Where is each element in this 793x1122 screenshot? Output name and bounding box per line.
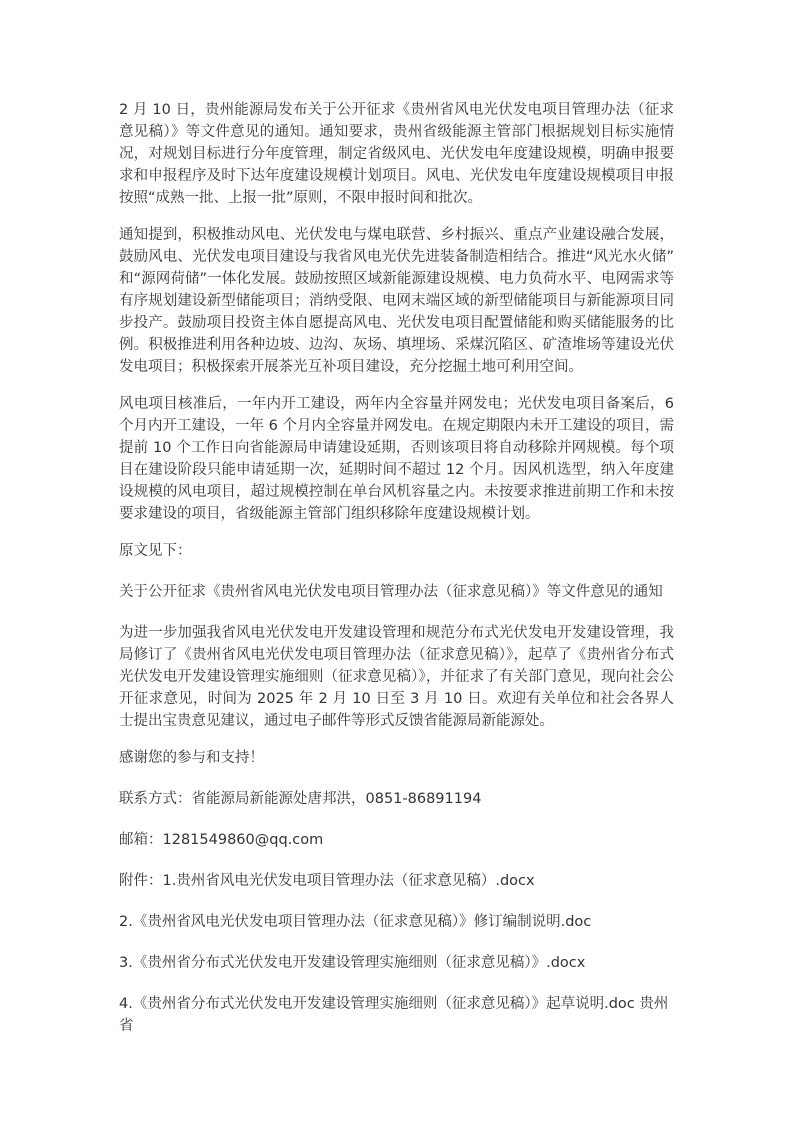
attachment-1: 附件：1.贵州省风电光伏发电项目管理办法（征求意见稿）.docx [119,870,674,892]
deadline-rules-paragraph: 风电项目核准后，一年内开工建设，两年内全容量并网发电；光伏发电项目备案后，6 个… [119,393,674,525]
solicitation-paragraph: 为进一步加强我省风电光伏发电开发建设管理和规范分布式光伏发电开发建设管理，我局修… [119,622,674,732]
contact-line: 联系方式：省能源局新能源处唐邦洪，0851-86891194 [119,788,674,810]
intro-paragraph: 2 月 10 日，贵州能源局发布关于公开征求《贵州省风电光伏发电项目管理办法（征… [119,99,674,209]
attachment-2: 2.《贵州省风电光伏发电项目管理办法（征求意见稿）》修订编制说明.doc [119,911,674,933]
email-line: 邮箱：1281549860@qq.com [119,829,674,851]
notice-title: 关于公开征求《贵州省风电光伏发电项目管理办法（征求意见稿）》等文件意见的通知 [119,581,674,603]
thanks-line: 感谢您的参与和支持！ [119,747,674,769]
attachment-4: 4.《贵州省分布式光伏发电开发建设管理实施细则（征求意见稿）》起草说明.doc … [119,993,674,1037]
original-text-label: 原文见下： [119,540,674,562]
notice-highlights-paragraph: 通知提到，积极推动风电、光伏发电与煤电联营、乡村振兴、重点产业建设融合发展，鼓励… [119,224,674,378]
document-page: 2 月 10 日，贵州能源局发布关于公开征求《贵州省风电光伏发电项目管理办法（征… [0,0,793,1122]
attachment-3: 3.《贵州省分布式光伏发电开发建设管理实施细则（征求意见稿）》.docx [119,952,674,974]
